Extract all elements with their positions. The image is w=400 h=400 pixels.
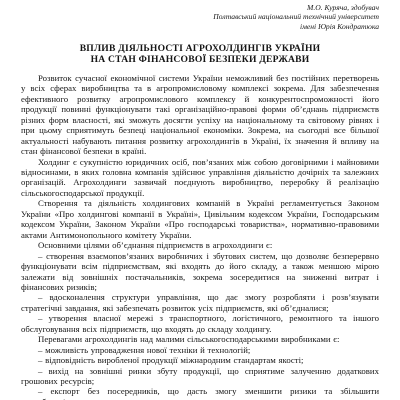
paragraph-goals-lead-in: Основними цілями об’єднання підприємств … [21,240,379,250]
document-page: М.О. Куряча, здобувач Полтавський націон… [0,0,400,400]
bullet-item: – утворення власної мережі з транспортно… [21,313,379,334]
paper-title-line-2: НА СТАН ФІНАНСОВОЇ БЕЗПЕКИ ДЕРЖАВИ [21,54,379,66]
paragraph-holding-definition: Холдинг є сукупністю юридичних осіб, пов… [21,157,379,199]
bullet-item: – вдосконалення структури управління, що… [21,292,379,313]
paper-title: ВПЛИВ ДІЯЛЬНОСТІ АГРОХОЛДИНГІВ УКРАЇНИ Н… [21,43,379,66]
paper-title-line-1: ВПЛИВ ДІЯЛЬНОСТІ АГРОХОЛДИНГІВ УКРАЇНИ [21,43,379,55]
paragraph-intro: Розвиток сучасної економічної системи Ук… [21,73,379,157]
affiliation-line-2: імені Юрія Кондратюка [21,22,379,31]
bullet-item: – відповідність виробленої продукції між… [21,355,379,365]
bullet-item: – вихід на зовнішні ринки збуту продукці… [21,366,379,387]
author-block: М.О. Куряча, здобувач Полтавський націон… [21,3,379,31]
affiliation-line-1: Полтавський національний технічний уніве… [21,12,379,21]
bullet-item: – створення взаємопов’язаних виробничих … [21,251,379,293]
body-text: Розвиток сучасної економічної системи Ук… [21,73,379,400]
paragraph-advantages-lead-in: Перевагами агрохолдингів над малими сіль… [21,334,379,344]
bullet-item: – можливість упровадження нової техніки … [21,345,379,355]
paragraph-legislation: Створення та діяльність холдингових комп… [21,198,379,240]
bullet-item: – експорт без посередників, що дасть змо… [21,386,379,400]
author-line: М.О. Куряча, здобувач [21,3,379,12]
